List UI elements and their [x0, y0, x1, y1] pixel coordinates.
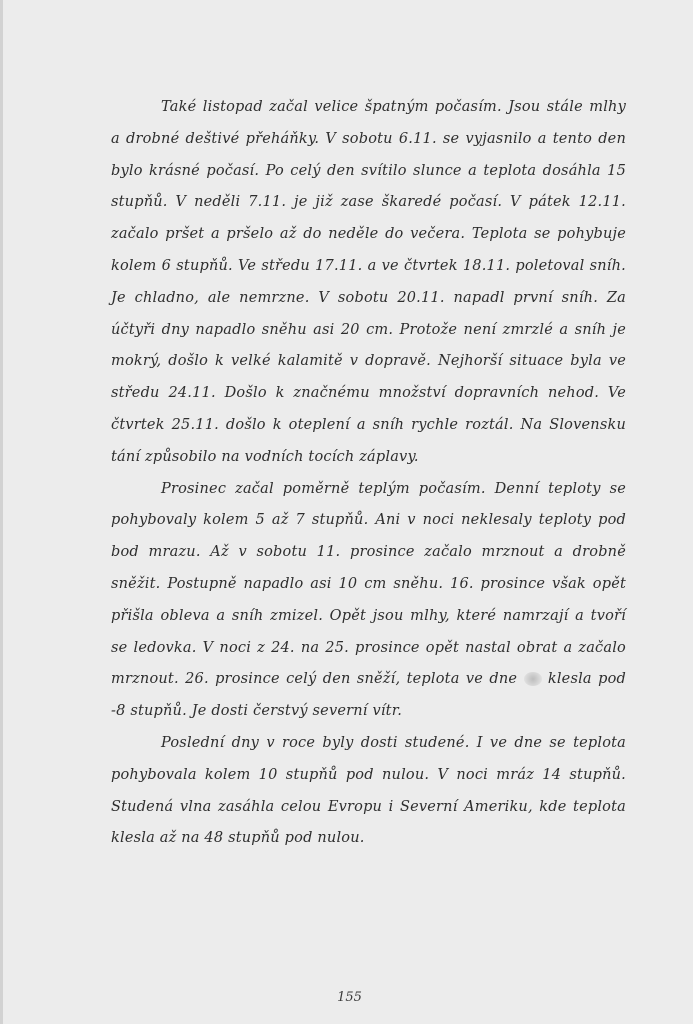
scanned-page: Také listopad začal velice špatným počas… [0, 0, 693, 1024]
page-number: 155 [3, 990, 693, 1005]
paragraph-november: Také listopad začal velice špatným počas… [111, 92, 626, 474]
ink-smudge [524, 672, 542, 686]
chronicle-text: Také listopad začal velice špatným počas… [111, 92, 626, 855]
paragraph-december: Prosinec začal poměrně teplým počasím. D… [111, 474, 626, 728]
paragraph-year-end: Poslední dny v roce byly dosti studené. … [111, 728, 626, 855]
